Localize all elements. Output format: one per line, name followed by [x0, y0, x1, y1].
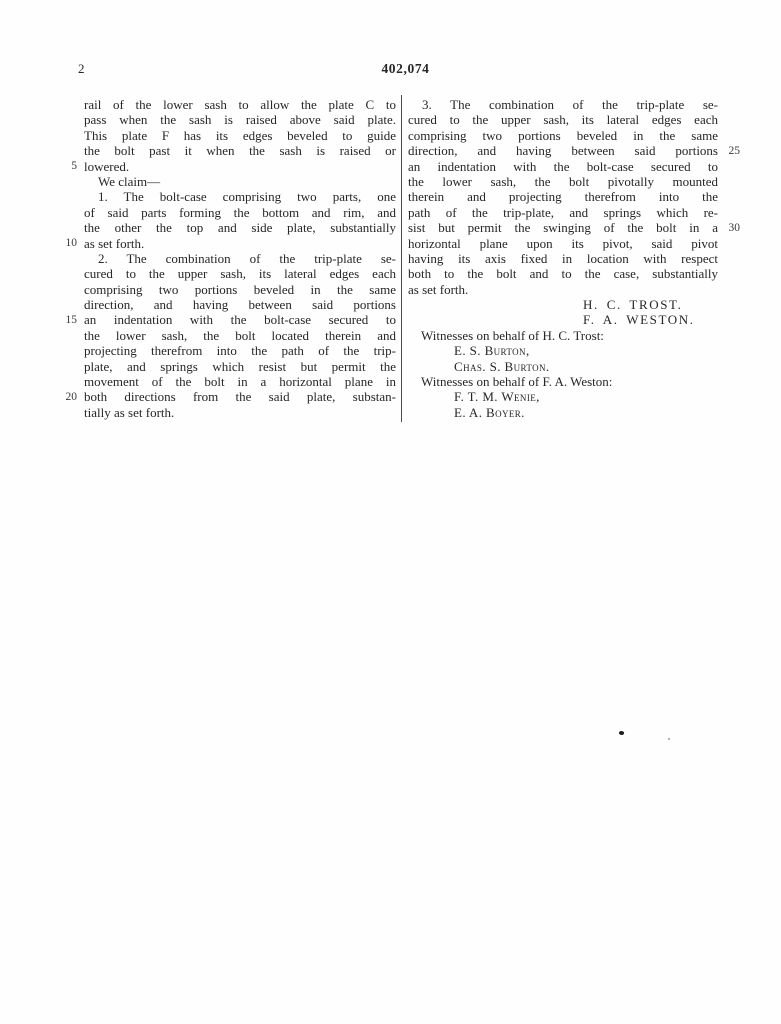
line-text: cured to the upper sash, its lateral edg… [408, 112, 718, 127]
text-line: horizontal plane upon its pivot, said pi… [408, 236, 740, 251]
line-text: 2. The combination of the trip-plate se- [84, 251, 396, 266]
line-text: horizontal plane upon its pivot, said pi… [408, 236, 718, 251]
line-number: 15 [62, 313, 77, 328]
text-line: We claim— [62, 174, 396, 189]
line-text: plate, and springs which resist but perm… [84, 359, 396, 374]
line-text: E. A. Boyer. [408, 405, 718, 420]
line-text: the bolt past it when the sash is raised… [84, 143, 396, 158]
line-text: an indentation with the bolt-case secure… [408, 159, 718, 174]
line-text: movement of the bolt in a horizontal pla… [84, 374, 396, 389]
line-number: 30 [721, 221, 740, 236]
text-line: rail of the lower sash to allow the plat… [62, 97, 396, 112]
line-text: sist but permit the swinging of the bolt… [408, 220, 718, 235]
line-text: comprising two portions beveled in the s… [84, 282, 396, 297]
text-line: Chas. S. Burton. [408, 359, 740, 374]
line-text: as set forth. [408, 282, 718, 297]
text-line: therein and projecting therefrom into th… [408, 189, 740, 204]
line-text: H. C. TROST. [408, 297, 718, 312]
text-line: This plate F has its edges beveled to gu… [62, 128, 396, 143]
line-text: rail of the lower sash to allow the plat… [84, 97, 396, 112]
ink-speck [618, 730, 624, 735]
text-line: Witnesses on behalf of F. A. Weston: [408, 374, 740, 389]
line-text: comprising two portions beveled in the s… [408, 128, 718, 143]
text-line: the lower sash, the bolt pivotally mount… [408, 174, 740, 189]
line-text: having its axis fixed in location with r… [408, 251, 718, 266]
line-text: both directions from the said plate, sub… [84, 389, 396, 404]
line-text: 1. The bolt-case comprising two parts, o… [84, 189, 396, 204]
text-line: comprising two portions beveled in the s… [62, 282, 396, 297]
line-text: Witnesses on behalf of F. A. Weston: [408, 374, 718, 389]
line-number: 10 [62, 236, 77, 251]
line-text: 3. The combination of the trip-plate se- [408, 97, 718, 112]
text-line: 1. The bolt-case comprising two parts, o… [62, 189, 396, 204]
line-text: both to the bolt and to the case, substa… [408, 266, 718, 281]
line-text: lowered. [84, 159, 396, 174]
text-line: the other the top and side plate, substa… [62, 220, 396, 235]
line-text: direction, and having between said porti… [408, 143, 718, 158]
text-line: plate, and springs which resist but perm… [62, 359, 396, 374]
text-line: E. S. Burton, [408, 343, 740, 358]
text-line: F. A. WESTON. [408, 312, 740, 327]
line-text: cured to the upper sash, its lateral edg… [84, 266, 396, 281]
patent-number: 402,074 [84, 61, 727, 77]
ink-speck-small [668, 738, 670, 740]
text-line: an indentation with the bolt-case secure… [408, 159, 740, 174]
text-line: projecting therefrom into the path of th… [62, 343, 396, 358]
text-line: lowered.5 [62, 159, 396, 174]
line-text: the other the top and side plate, substa… [84, 220, 396, 235]
text-line: the lower sash, the bolt located therein… [62, 328, 396, 343]
line-text: pass when the sash is raised above said … [84, 112, 396, 127]
text-line: path of the trip-plate, and springs whic… [408, 205, 740, 220]
left-text-column: rail of the lower sash to allow the plat… [62, 97, 396, 420]
text-line: comprising two portions beveled in the s… [408, 128, 740, 143]
line-text: We claim— [84, 174, 396, 189]
text-line: Witnesses on behalf of H. C. Trost: [408, 328, 740, 343]
text-line: both directions from the said plate, sub… [62, 389, 396, 404]
text-line: sist but permit the swinging of the bolt… [408, 220, 740, 235]
line-text: Witnesses on behalf of H. C. Trost: [408, 328, 718, 343]
line-text: direction, and having between said porti… [84, 297, 396, 312]
line-text: E. S. Burton, [408, 343, 718, 358]
text-line: direction, and having between said porti… [62, 297, 396, 312]
line-text: as set forth. [84, 236, 396, 251]
line-text: therein and projecting therefrom into th… [408, 189, 718, 204]
text-line: pass when the sash is raised above said … [62, 112, 396, 127]
text-line: of said parts forming the bottom and rim… [62, 205, 396, 220]
patent-document-page: 2 402,074 rail of the lower sash to allo… [0, 0, 781, 1024]
line-text: the lower sash, the bolt pivotally mount… [408, 174, 718, 189]
text-line: movement of the bolt in a horizontal pla… [62, 374, 396, 389]
line-number: 5 [62, 159, 77, 174]
line-text: F. A. WESTON. [408, 312, 718, 327]
text-line: 3. The combination of the trip-plate se- [408, 97, 740, 112]
text-line: cured to the upper sash, its lateral edg… [408, 112, 740, 127]
text-line: the bolt past it when the sash is raised… [62, 143, 396, 158]
line-text: path of the trip-plate, and springs whic… [408, 205, 718, 220]
column-divider-rule [401, 95, 402, 422]
text-line: as set forth. [408, 282, 740, 297]
text-line: as set forth.10 [62, 236, 396, 251]
text-line: F. T. M. Wenie, [408, 389, 740, 404]
line-number: 25 [721, 144, 740, 159]
line-number: 20 [62, 390, 77, 405]
text-line: H. C. TROST. [408, 297, 740, 312]
text-line: 2. The combination of the trip-plate se- [62, 251, 396, 266]
text-line: an indentation with the bolt-case secure… [62, 312, 396, 327]
right-text-column: 3. The combination of the trip-plate se-… [408, 97, 740, 420]
line-text: This plate F has its edges beveled to gu… [84, 128, 396, 143]
line-text: tially as set forth. [84, 405, 396, 420]
text-line: cured to the upper sash, its lateral edg… [62, 266, 396, 281]
line-text: projecting therefrom into the path of th… [84, 343, 396, 358]
text-line: E. A. Boyer. [408, 405, 740, 420]
line-text: the lower sash, the bolt located therein… [84, 328, 396, 343]
line-text: an indentation with the bolt-case secure… [84, 312, 396, 327]
line-text: Chas. S. Burton. [408, 359, 718, 374]
text-line: having its axis fixed in location with r… [408, 251, 740, 266]
text-line: tially as set forth. [62, 405, 396, 420]
line-text: F. T. M. Wenie, [408, 389, 718, 404]
line-text: of said parts forming the bottom and rim… [84, 205, 396, 220]
text-line: direction, and having between said porti… [408, 143, 740, 158]
text-line: both to the bolt and to the case, substa… [408, 266, 740, 281]
